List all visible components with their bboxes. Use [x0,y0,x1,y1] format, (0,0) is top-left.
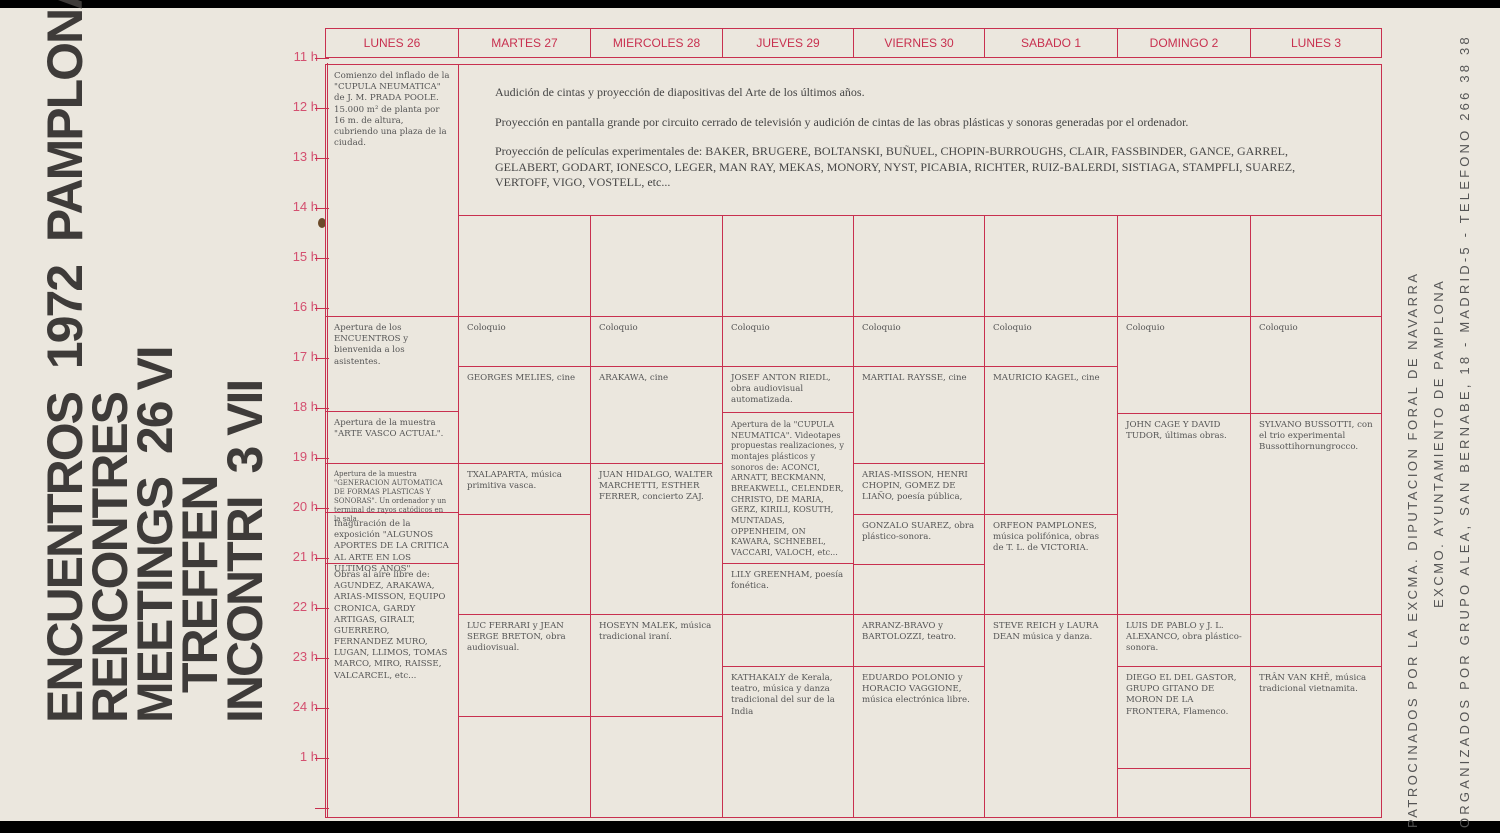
event-cell: ARIAS-MISSON, HENRI CHOPIN, GOMEZ DE LIA… [853,463,985,515]
event-cell: TRÂN VAN KHÊ, música tradicional vietnam… [1250,666,1382,818]
poster-sheet: ENCUENTROS 1972 PAMPLONA RENCONTRES MEET… [0,8,1500,821]
credit-line: EXCMO. AYUNTAMIENTO DE PAMPLONA [1431,279,1446,828]
credit-line: PATROCINADOS POR LA EXCMA. DIPUTACION FO… [1405,271,1420,828]
event-cell: Obras al aire libre de: AGUNDEZ, ARAKAWA… [325,563,459,818]
day-header: MARTES 27 [458,28,591,58]
credits: PATROCINADOS POR LA EXCMA. DIPUTACION FO… [1400,38,1480,828]
event-cell: LUC FERRARI y JEAN SERGE BRETON, obra au… [458,614,591,717]
event-cell: HOSEYN MALEK, música tradicional iraní. [590,614,723,717]
empty-cell [853,564,985,615]
poster-title: ENCUENTROS 1972 PAMPLONA RENCONTRES MEET… [40,103,290,723]
empty-cell [984,215,1118,317]
day-header: JUEVES 29 [722,28,854,58]
event-cell: Apertura de la muestra "GENERACION AUTOM… [325,463,459,513]
empty-cell [722,215,854,317]
empty-cell [1117,215,1251,317]
event-cell: Coloquio [590,316,723,367]
event-cell: Apertura de los ENCUENTROS y bienvenida … [325,316,459,412]
event-cell: Coloquio [984,316,1118,367]
event-cell: Apertura de la "CUPULA NEUMATICA". Video… [722,412,854,564]
event-cell: JUAN HIDALGO, WALTER MARCHETTI, ESTHER F… [590,463,723,615]
empty-cell [458,215,591,317]
event-cell: SYLVANO BUSSOTTI, con el trio experiment… [1250,413,1382,615]
event-cell: ARAKAWA, cine [590,366,723,464]
event-cell: Inaguración de la exposición "ALGUNOS AP… [325,512,459,564]
event-cell: KATHAKALY de Kerala, teatro, música y da… [722,666,854,818]
schedule-grid: LUNES 26 MARTES 27 MIERCOLES 28 JUEVES 2… [325,28,1382,818]
event-cell: JOHN CAGE Y DAVID TUDOR, últimas obras. [1117,413,1251,615]
day-header: MIERCOLES 28 [590,28,723,58]
event-cell: MARTIAL RAYSSE, cine [853,366,985,464]
hour-axis: 11 h 12 h 13 h 14 h 15 h 16 h 17 h 18 h … [270,48,330,833]
empty-cell [1250,614,1382,667]
event-cell: STEVE REICH y LAURA DEAN música y danza. [984,614,1118,818]
event-cell: JOSEF ANTON RIEDL, obra audiovisual auto… [722,366,854,413]
daily-program: Audición de cintas y proyección de diapo… [458,64,1382,216]
event-cell: Coloquio [853,316,985,367]
empty-cell [590,215,723,317]
event-cell: MAURICIO KAGEL, cine [984,366,1118,515]
day-header: LUNES 3 [1250,28,1382,58]
empty-cell [458,716,591,818]
title-line-5: INCONTRI 3 VII [220,381,270,723]
event-cell: Coloquio [1117,316,1251,414]
event-cell: Coloquio [722,316,854,367]
credit-line: ORGANIZADOS POR GRUPO ALEA, SAN BERNABE,… [1457,34,1472,828]
day-header: DOMINGO 2 [1117,28,1251,58]
event-cell: EDUARDO POLONIO y HORACIO VAGGIONE, músi… [853,666,985,818]
day-header: SABADO 1 [984,28,1118,58]
day-header: VIERNES 30 [853,28,985,58]
event-cell: Comienzo del inflado de la "CUPULA NEUMA… [325,64,459,317]
event-cell: GONZALO SUAREZ, obra plástico-sonora. [853,514,985,565]
event-cell: ARRANZ-BRAVO y BARTOLOZZI, teatro. [853,614,985,667]
empty-cell [1250,215,1382,317]
event-cell: Apertura de la muestra "ARTE VASCO ACTUA… [325,411,459,464]
empty-cell [590,716,723,818]
event-cell: LUIS DE PABLO y J. L. ALEXANCO, obra plá… [1117,614,1251,667]
empty-cell [853,215,985,317]
event-cell: LILY GREENHAM, poesía fonética. [722,563,854,615]
empty-cell [1117,768,1251,818]
event-cell: GEORGES MELIES, cine [458,366,591,464]
event-cell: Coloquio [458,316,591,367]
event-cell: Coloquio [1250,316,1382,414]
day-header: LUNES 26 [325,28,459,58]
event-cell: TXALAPARTA, música primitiva vasca. [458,463,591,515]
empty-cell [458,514,591,615]
empty-cell [722,614,854,667]
event-cell: ORFEON PAMPLONES, música polifónica, obr… [984,514,1118,615]
event-cell: DIEGO EL DEL GASTOR, GRUPO GITANO DE MOR… [1117,666,1251,769]
